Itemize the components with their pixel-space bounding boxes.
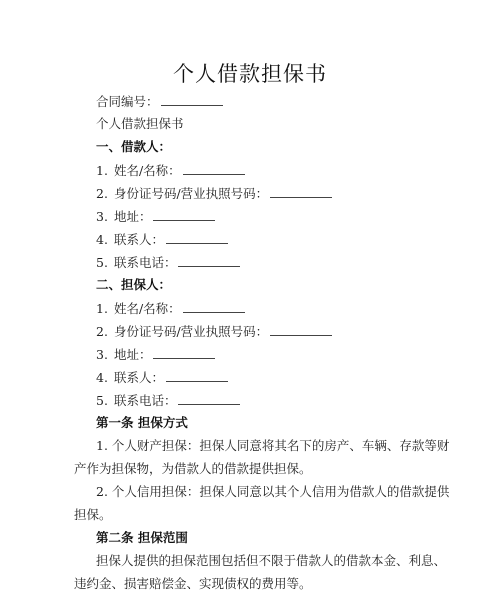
field-number: 2. [96,324,108,340]
borrower-field-address: 3.地址： [96,208,215,225]
field-label: 联系人： [114,370,164,385]
borrower-field-phone: 5.联系电话： [96,254,240,271]
field-blank[interactable] [166,231,228,244]
field-label: 姓名/名称： [114,301,181,316]
field-number: 3. [96,209,108,225]
article1-item2-line2: 担保。 [74,507,112,523]
field-label: 地址： [114,347,152,362]
field-blank[interactable] [270,185,332,198]
field-label: 身份证号码/营业执照号码： [114,186,268,201]
article1-item2-line1: 2. 个人信用担保：担保人同意以其个人信用为借款人的借款提供 [96,484,449,500]
field-label: 联系电话： [114,393,177,408]
article2-line1: 担保人提供的担保范围包括但不限于借款人的借款本金、利息、 [96,553,446,569]
borrower-field-name: 1.姓名/名称： [96,162,245,179]
field-blank[interactable] [166,369,228,382]
guarantor-field-phone: 5.联系电话： [96,392,240,409]
field-label: 身份证号码/营业执照号码： [114,324,268,339]
field-number: 2. [96,186,108,202]
field-label: 联系人： [114,232,164,247]
article1-item1-line2: 产作为担保物，为借款人的借款提供担保。 [74,461,312,477]
borrower-field-contact: 4.联系人： [96,231,228,248]
guarantor-field-name: 1.姓名/名称： [96,300,245,317]
field-number: 1. [96,163,108,179]
field-blank[interactable] [183,300,245,313]
guarantor-field-contact: 4.联系人： [96,369,228,386]
field-number: 5. [96,255,108,271]
field-blank[interactable] [178,392,240,405]
article1-item1-line1: 1. 个人财产担保：担保人同意将其名下的房产、车辆、存款等财 [96,438,449,454]
field-number: 4. [96,232,108,248]
guarantor-field-id: 2.身份证号码/营业执照号码： [96,323,332,340]
document-subtitle: 个人借款担保书 [96,116,184,132]
field-number: 3. [96,347,108,363]
field-blank[interactable] [153,208,215,221]
article2-heading: 第二条 担保范围 [96,530,188,546]
field-blank[interactable] [153,346,215,359]
document-title: 个人借款担保书 [0,58,500,88]
field-label: 姓名/名称： [114,163,181,178]
article1-heading: 第一条 担保方式 [96,415,188,431]
field-label: 地址： [114,209,152,224]
field-number: 1. [96,301,108,317]
field-blank[interactable] [270,323,332,336]
field-blank[interactable] [183,162,245,175]
guarantor-field-address: 3.地址： [96,346,215,363]
field-number: 4. [96,370,108,386]
article2-line2: 违约金、损害赔偿金、实现债权的费用等。 [74,576,312,592]
field-blank[interactable] [178,254,240,267]
document-page: 个人借款担保书 合同编号： 个人借款担保书 一、借款人： 1.姓名/名称： 2.… [0,0,500,597]
contract-number-label: 合同编号： [96,94,159,109]
guarantor-heading: 二、担保人： [96,277,171,293]
contract-number-blank[interactable] [161,93,223,106]
field-number: 5. [96,393,108,409]
contract-number-line: 合同编号： [96,93,223,110]
borrower-heading: 一、借款人： [96,139,171,155]
borrower-field-id: 2.身份证号码/营业执照号码： [96,185,332,202]
field-label: 联系电话： [114,255,177,270]
